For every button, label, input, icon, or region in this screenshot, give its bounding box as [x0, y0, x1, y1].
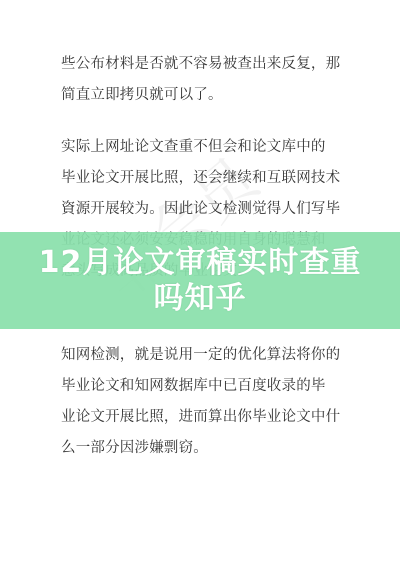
text-line: 简直立即拷贝就可以了。 — [61, 80, 351, 111]
text-line: 些公布材料是否就不容易被查出来反复，那 — [61, 49, 351, 80]
paragraph-1: 些公布材料是否就不容易被查出来反复，那 简直立即拷贝就可以了。 — [61, 49, 351, 111]
text-line: 实际上网址论文查重不但会和论文库中的 — [61, 132, 351, 163]
paragraph-3: 知网检测，就是说用一定的优化算法将你的 毕业论文和知网数据库中已百度收录的毕 业… — [61, 340, 351, 464]
article-body: 些公布材料是否就不容易被查出来反复，那 简直立即拷贝就可以了。 实际上网址论文查… — [0, 0, 400, 565]
text-line: 业论文开展比照，进而算出你毕业论文中什 — [61, 402, 351, 433]
text-line: 資源开展较为。因此论文检测觉得人们写毕 — [61, 194, 351, 225]
title-banner: 12月论文审稿实时查重 吗知乎 — [0, 232, 400, 329]
text-line: 毕业论文和知网数据库中已百度收录的毕 — [61, 371, 351, 402]
title-line-2: 吗知乎 — [154, 281, 247, 317]
text-line: 知网检测，就是说用一定的优化算法将你的 — [61, 340, 351, 371]
title-line-1: 12月论文审稿实时查重 — [39, 245, 362, 281]
text-line: 毕业论文开展比照，还会继续和互联网技术 — [61, 163, 351, 194]
text-line: 么一部分因涉嫌剽窃。 — [61, 433, 351, 464]
